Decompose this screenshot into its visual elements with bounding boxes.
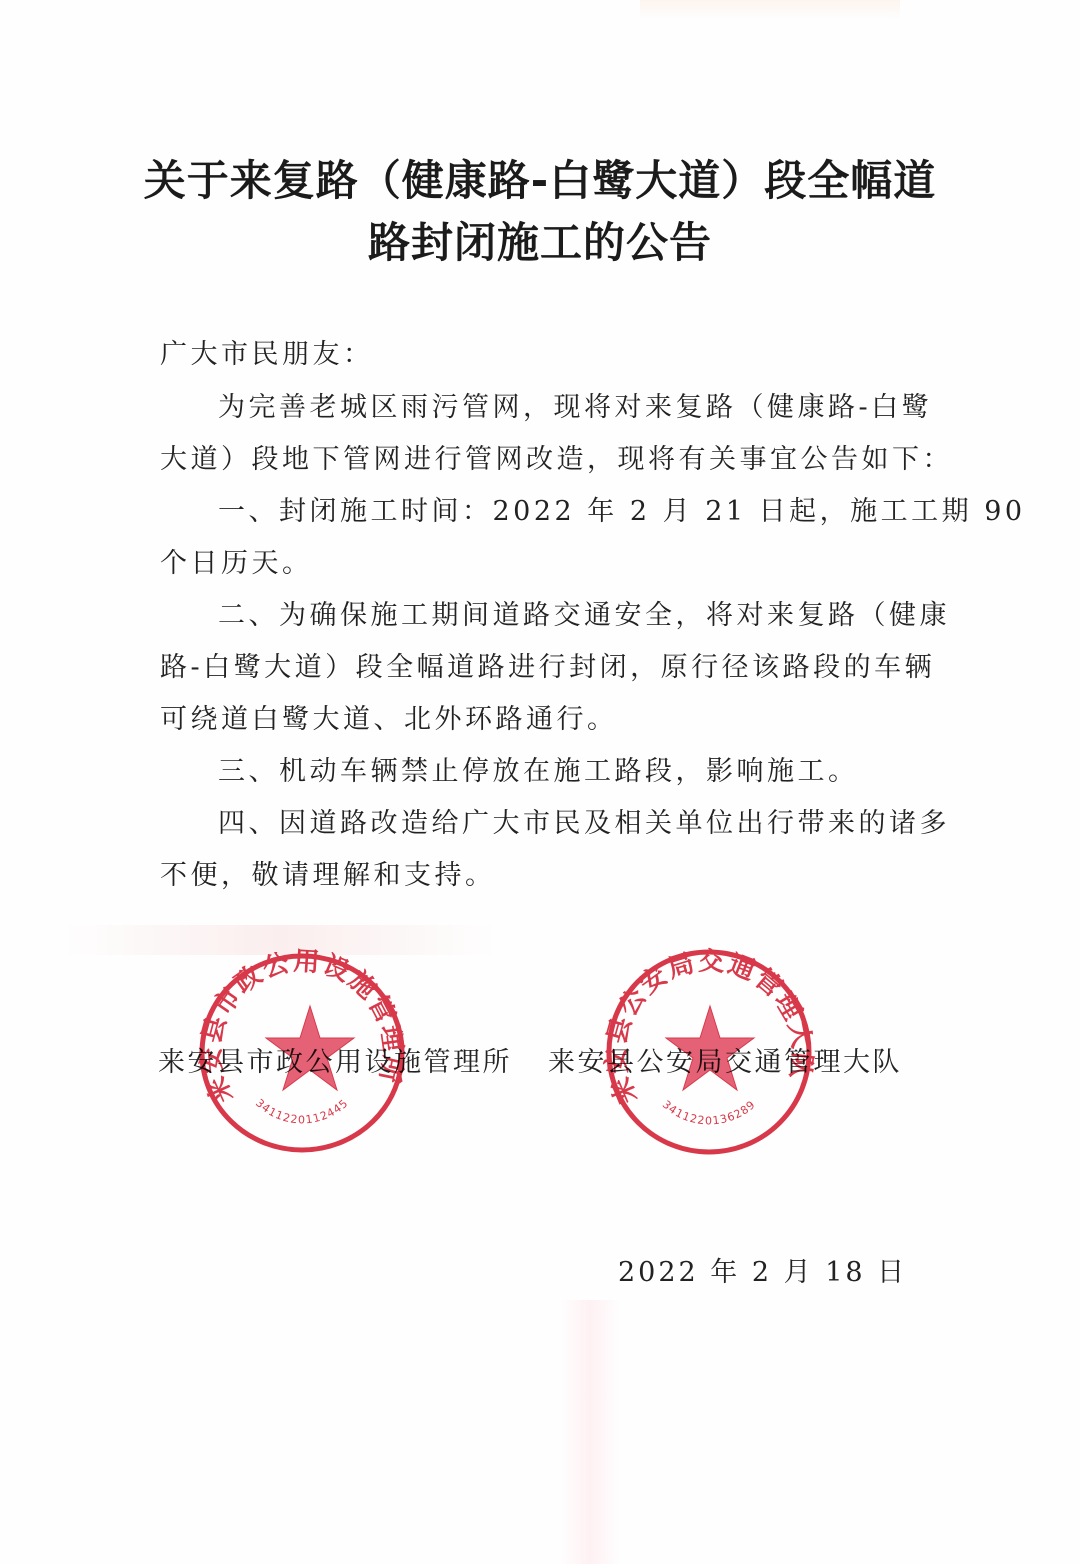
scanned-notice-page: 关于来复路（健康路-白鹭大道）段全幅道 路封闭施工的公告 广大市民朋友： 为完善… xyxy=(0,0,1080,1564)
body-paragraph-intro-line-2: 大道）段地下管网进行管网改造，现将有关事宜公告如下： xyxy=(160,437,920,476)
svg-text:来安县市政公用设施管理所: 来安县市政公用设施管理所 xyxy=(196,948,408,1108)
svg-text:3411220112445: 3411220112445 xyxy=(253,1096,351,1126)
salutation: 广大市民朋友： xyxy=(160,332,920,371)
item-1-line-1: 一、封闭施工时间：2022 年 2 月 21 日起，施工工期 90 xyxy=(218,489,978,528)
seal-serial: 3411220112445 xyxy=(253,1096,351,1126)
item-4-line-2: 不便，敬请理解和支持。 xyxy=(160,853,920,892)
traffic-police-seal: 来安县公安局交通管理大队 3411220136289 xyxy=(598,944,818,1159)
scan-artifact xyxy=(640,0,900,20)
issue-date: 2022 年 2 月 18 日 xyxy=(618,1250,907,1289)
item-4-line-1: 四、因道路改造给广大市民及相关单位出行带来的诸多 xyxy=(218,801,978,840)
item-2-line-1: 二、为确保施工期间道路交通安全，将对来复路（健康 xyxy=(218,593,978,632)
svg-text:3411220136289: 3411220136289 xyxy=(660,1098,758,1128)
star-icon xyxy=(266,1006,354,1090)
seal-serial: 3411220136289 xyxy=(660,1098,758,1128)
notice-title-line-2: 路封闭施工的公告 xyxy=(140,210,940,270)
seal-ring-text: 来安县市政公用设施管理所 xyxy=(196,948,408,1108)
scan-artifact xyxy=(560,1300,620,1564)
notice-title-line-1: 关于来复路（健康路-白鹭大道）段全幅道 xyxy=(140,148,940,208)
item-3-line-1: 三、机动车辆禁止停放在施工路段，影响施工。 xyxy=(218,749,978,788)
item-2-line-3: 可绕道白鹭大道、北外环路通行。 xyxy=(160,697,920,736)
item-2-line-2: 路-白鹭大道）段全幅道路进行封闭，原行径该路段的车辆 xyxy=(160,645,920,684)
municipal-facilities-seal: 来安县市政公用设施管理所 3411220112445 xyxy=(192,948,412,1158)
star-icon xyxy=(666,1006,754,1090)
body-paragraph-intro-line-1: 为完善老城区雨污管网，现将对来复路（健康路-白鹭 xyxy=(218,385,978,424)
item-1-line-2: 个日历天。 xyxy=(160,541,920,580)
